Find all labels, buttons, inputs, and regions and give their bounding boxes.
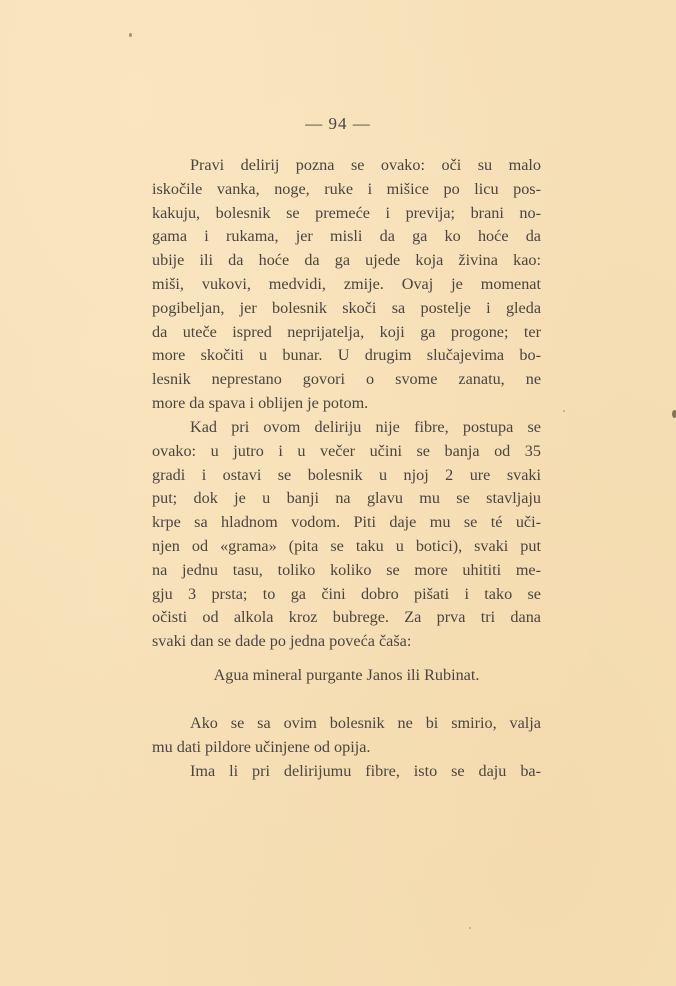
text-line: gju 3 prsta; to ga čini dobro pišati i t… [152,583,541,607]
text-line: ubije ili da hoće da ga ujede koja živin… [152,249,541,273]
text-line: očisti od alkola kroz bubrege. Za prva t… [152,606,541,630]
text-line: Kad pri ovom deliriju nije fibre, postup… [152,416,541,440]
text-line: gradi i ostavi se bolesnik u njoj 2 ure … [152,464,541,488]
paragraph-treatment: Kad pri ovom deliriju nije fibre, postup… [152,416,541,654]
text-line: na jednu tasu, toliko koliko se more uhi… [152,559,541,583]
paragraph-fever: Ima li pri delirijumu fibre, isto se daj… [152,760,541,784]
text-line: krpe sa hladnom vodom. Piti daje mu se t… [152,511,541,535]
text-line: lesnik neprestano govori o svome zanatu,… [152,368,541,392]
text-line: da uteče ispred neprijatelja, koji ga pr… [152,321,541,345]
page-number: — 94 — [0,114,676,134]
prescription-line: Agua mineral purgante Janos ili Rubinat. [152,666,541,685]
paper-speck [469,927,471,929]
book-page: — 94 — Pravi delirij pozna se ovako: oči… [0,0,676,986]
text-line: ovako: u jutro i u večer učini se banja … [152,440,541,464]
paper-speck [672,410,676,418]
text-line: svaki dan se dade po jedna poveća čaša: [152,630,541,654]
text-line: pogibeljan, jer bolesnik skoči sa postel… [152,297,541,321]
paper-speck [129,33,132,37]
paragraph-delirium-description: Pravi delirij pozna se ovako: oči su mal… [152,154,541,416]
text-line: miši, vukovi, medvidi, zmije. Ovaj je mo… [152,273,541,297]
text-line: Ako se sa ovim bolesnik ne bi smirio, va… [152,712,541,736]
text-line: Pravi delirij pozna se ovako: oči su mal… [152,154,541,178]
paper-speck [563,410,565,412]
text-line: mu dati pildore učinjene od opija. [152,736,541,760]
text-line: kakuju, bolesnik se premeće i previja; b… [152,202,541,226]
text-line: njen od «grama» (pita se taku u botici),… [152,535,541,559]
text-line: more skočiti u bunar. U drugim slučajevi… [152,344,541,368]
text-line: gama i rukama, jer misli da ga ko hoće d… [152,225,541,249]
text-line: more da spava i oblijen je potom. [152,392,541,416]
text-line: iskočile vanka, noge, ruke i mišice po l… [152,178,541,202]
paragraph-opium-pills: Ako se sa ovim bolesnik ne bi smirio, va… [152,712,541,760]
text-line: put; dok je u banji na glavu mu se stavl… [152,487,541,511]
text-line: Ima li pri delirijumu fibre, isto se daj… [152,760,541,784]
